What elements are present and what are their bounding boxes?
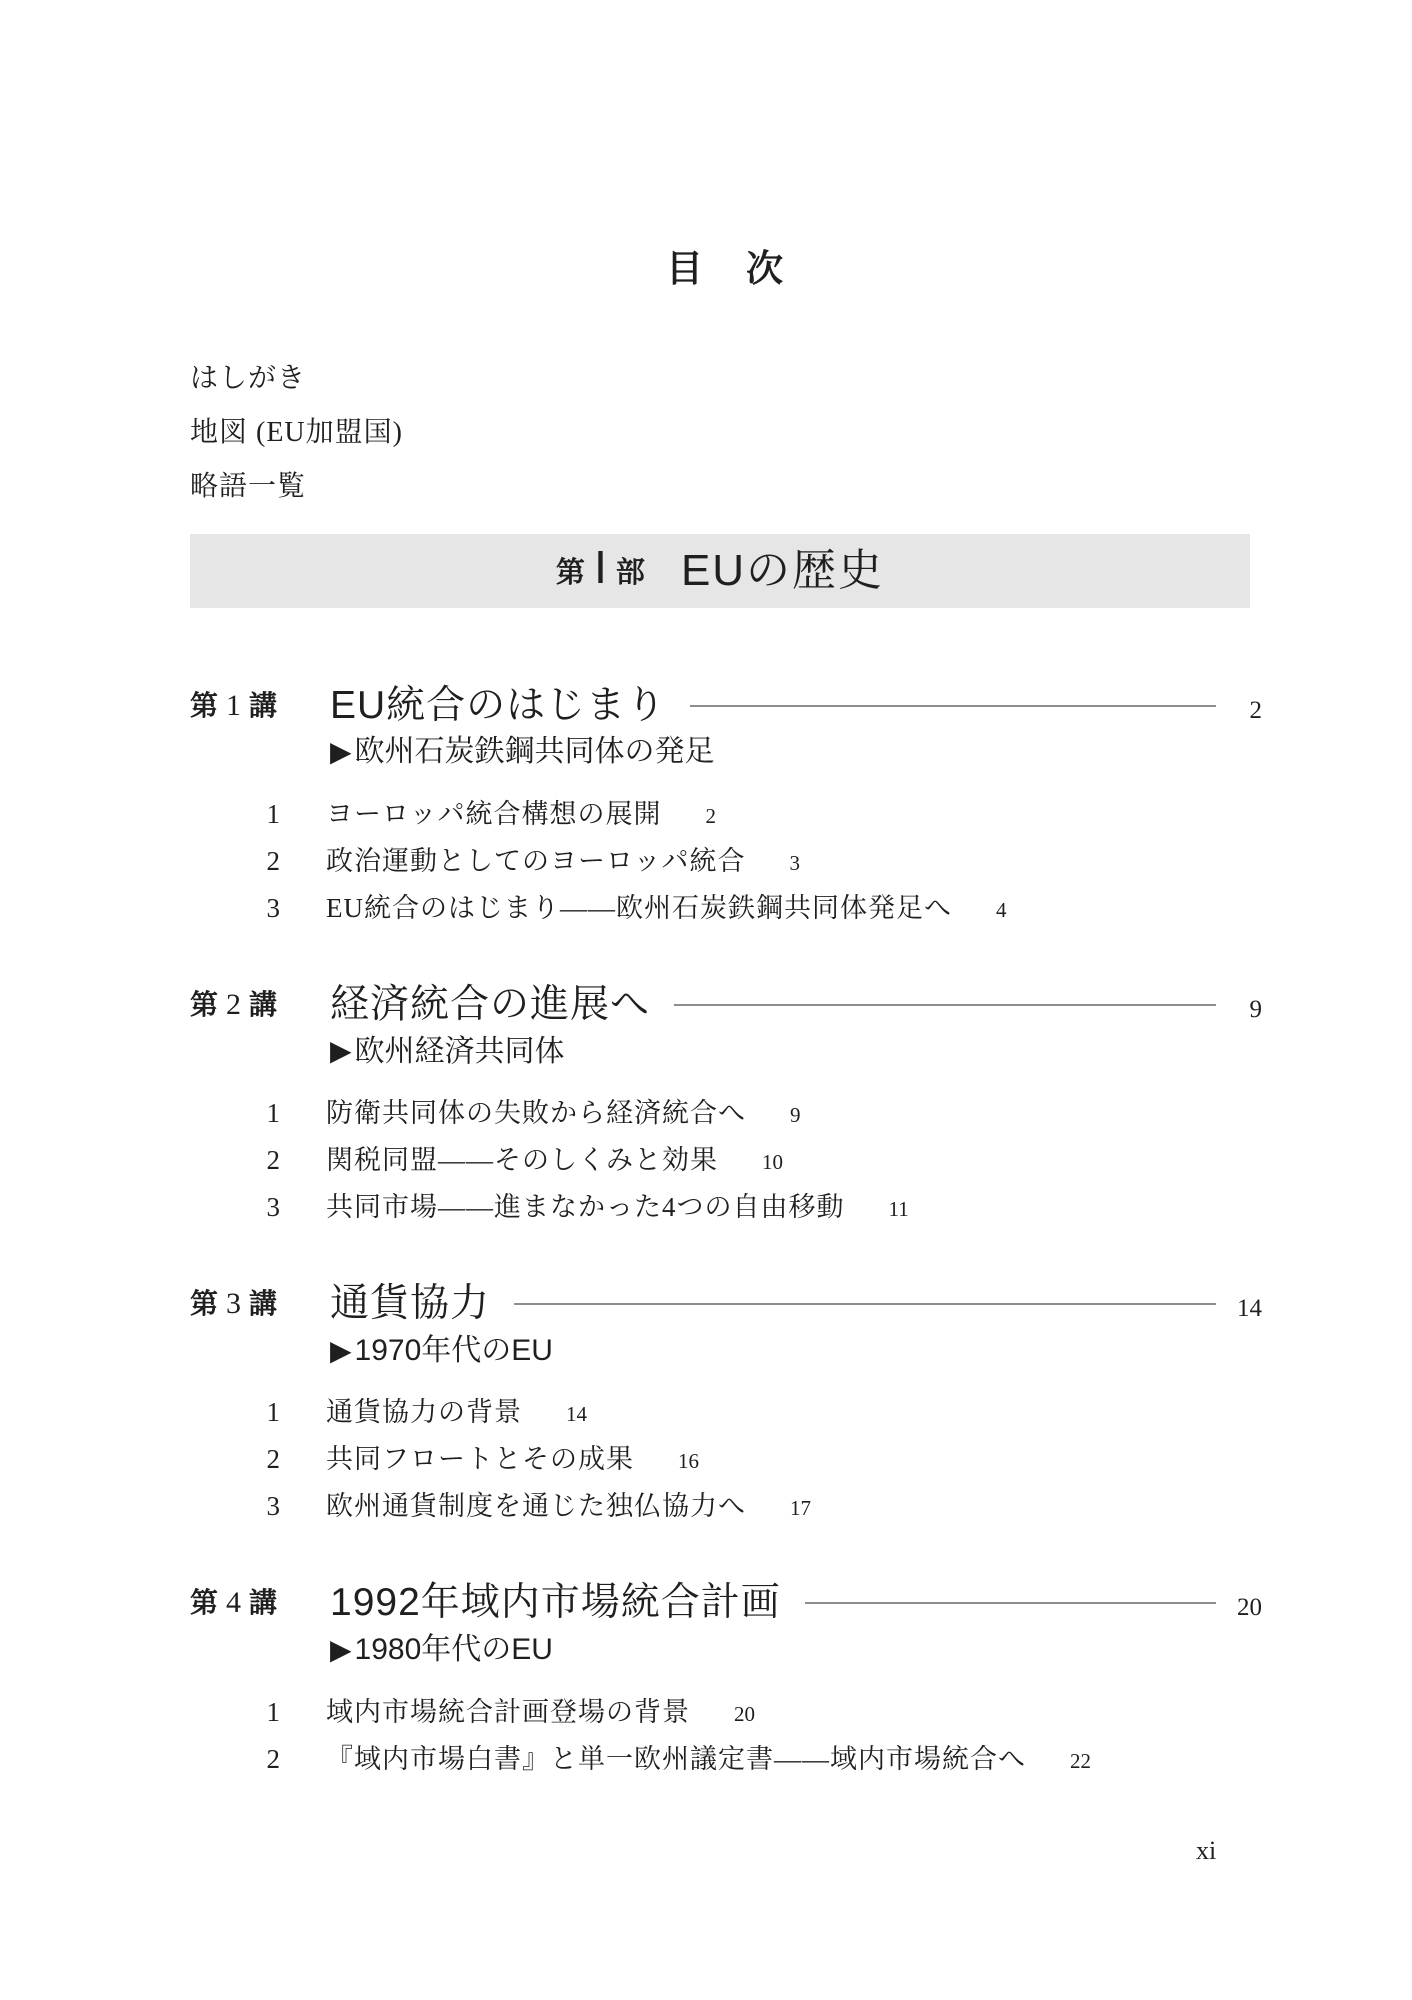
item-page-number: 2 — [705, 794, 716, 839]
lecture-number-label: 第 3 講 — [190, 1289, 330, 1319]
lecture-number-suffix: 講 — [249, 692, 277, 720]
item-title: 『域内市場白書』と単一欧州議定書——域内市場統合へ — [326, 1737, 1026, 1782]
part-number-prefix: 第 — [556, 550, 585, 591]
item-title: EU統合のはじまり——欧州石炭鉄鋼共同体発足へ — [326, 886, 952, 931]
page-title: 目 次 — [190, 250, 1262, 291]
lecture-number-digit: 4 — [226, 1588, 241, 1618]
item-title: 関税同盟——そのしくみと効果 — [326, 1138, 718, 1183]
item-title: 政治運動としてのヨーロッパ統合 — [326, 839, 745, 884]
lecture-title: 経済統合の進展へ — [330, 983, 650, 1027]
front-matter-item-preface: はしがき — [190, 365, 1262, 393]
item-page-number: 16 — [678, 1439, 699, 1484]
item-page-number: 17 — [790, 1486, 811, 1531]
toc-item: 3 EU統合のはじまり——欧州石炭鉄鋼共同体発足へ 4 — [190, 886, 1262, 933]
leader-line — [805, 1602, 1216, 1604]
lecture-item-list: 1 ヨーロッパ統合構想の展開 2 2 政治運動としてのヨーロッパ統合 3 3 E… — [190, 792, 1262, 933]
toc-page: 目 次 はしがき 地図 (EU加盟国) 略語一覧 第 Ⅰ 部 EUの歴史 第 1… — [0, 0, 1412, 2000]
lecture-subtitle-text: 欧州石炭鉄鋼共同体の発足 — [355, 735, 715, 769]
leader-line — [674, 1004, 1216, 1006]
item-number: 2 — [190, 839, 280, 884]
lecture-number-prefix: 第 — [190, 1589, 218, 1617]
lecture-block-1: 第 1 講 EU統合のはじまり 2 ▶ 欧州石炭鉄鋼共同体の発足 1 ヨーロッパ… — [190, 684, 1262, 933]
lecture-item-list: 1 防衛共同体の失敗から経済統合へ 9 2 関税同盟——そのしくみと効果 10 … — [190, 1091, 1262, 1232]
toc-item: 1 通貨協力の背景 14 — [190, 1390, 1262, 1437]
lecture-title: 通貨協力 — [330, 1282, 490, 1326]
item-title: ヨーロッパ統合構想の展開 — [326, 792, 661, 837]
item-title: 域内市場統合計画登場の背景 — [326, 1690, 690, 1735]
item-page-number: 9 — [790, 1093, 801, 1138]
item-page-number: 20 — [734, 1692, 755, 1737]
item-page-number: 11 — [889, 1187, 909, 1232]
lecture-page-number: 9 — [1232, 996, 1262, 1024]
item-number: 1 — [190, 1091, 280, 1136]
part-number-suffix: 部 — [616, 550, 645, 591]
item-number: 1 — [190, 792, 280, 837]
lecture-number-digit: 1 — [226, 691, 241, 721]
item-number: 2 — [190, 1437, 280, 1482]
lecture-subtitle: ▶ 1980年代のEU — [330, 1633, 1262, 1667]
item-title: 共同市場——進まなかった4つの自由移動 — [326, 1185, 845, 1230]
lecture-block-3: 第 3 講 通貨協力 14 ▶ 1970年代のEU 1 通貨協力の背景 14 2… — [190, 1282, 1262, 1531]
lecture-title: 1992年域内市場統合計画 — [330, 1581, 781, 1625]
item-number: 2 — [190, 1737, 280, 1782]
toc-item: 3 共同市場——進まなかった4つの自由移動 11 — [190, 1185, 1262, 1232]
toc-item: 2 政治運動としてのヨーロッパ統合 3 — [190, 839, 1262, 886]
item-number: 1 — [190, 1390, 280, 1435]
lecture-page-number: 20 — [1232, 1594, 1262, 1622]
lecture-number-label: 第 4 講 — [190, 1588, 330, 1618]
lecture-page-number: 14 — [1232, 1295, 1262, 1323]
item-number: 1 — [190, 1690, 280, 1735]
toc-item: 2 『域内市場白書』と単一欧州議定書——域内市場統合へ 22 — [190, 1737, 1262, 1784]
lecture-number-digit: 3 — [226, 1289, 241, 1319]
lecture-item-list: 1 域内市場統合計画登場の背景 20 2 『域内市場白書』と単一欧州議定書——域… — [190, 1690, 1262, 1784]
item-title: 共同フロートとその成果 — [326, 1437, 634, 1482]
item-page-number: 3 — [789, 841, 800, 886]
item-number: 3 — [190, 1185, 280, 1230]
lecture-title: EU統合のはじまり — [330, 684, 666, 728]
lecture-subtitle: ▶ 欧州経済共同体 — [330, 1035, 1262, 1069]
lecture-block-2: 第 2 講 経済統合の進展へ 9 ▶ 欧州経済共同体 1 防衛共同体の失敗から経… — [190, 983, 1262, 1232]
lecture-number-prefix: 第 — [190, 1290, 218, 1318]
part-title: EUの歴史 — [681, 549, 884, 593]
lecture-number-label: 第 2 講 — [190, 990, 330, 1020]
lecture-number-suffix: 講 — [249, 991, 277, 1019]
lecture-heading: 第 2 講 経済統合の進展へ 9 — [190, 983, 1262, 1027]
lecture-heading: 第 4 講 1992年域内市場統合計画 20 — [190, 1581, 1262, 1625]
item-title: 欧州通貨制度を通じた独仏協力へ — [326, 1484, 746, 1529]
toc-item: 1 防衛共同体の失敗から経済統合へ 9 — [190, 1091, 1262, 1138]
part-numeral: Ⅰ — [594, 547, 607, 591]
lecture-subtitle: ▶ 1970年代のEU — [330, 1334, 1262, 1368]
item-page-number: 10 — [762, 1140, 783, 1185]
right-triangle-icon: ▶ — [330, 1337, 352, 1365]
item-title: 通貨協力の背景 — [326, 1390, 522, 1435]
toc-item: 1 域内市場統合計画登場の背景 20 — [190, 1690, 1262, 1737]
lecture-number-prefix: 第 — [190, 692, 218, 720]
item-title: 防衛共同体の失敗から経済統合へ — [326, 1091, 746, 1136]
toc-item: 2 関税同盟——そのしくみと効果 10 — [190, 1138, 1262, 1185]
lecture-number-suffix: 講 — [249, 1589, 277, 1617]
lecture-heading: 第 1 講 EU統合のはじまり 2 — [190, 684, 1262, 728]
toc-item: 1 ヨーロッパ統合構想の展開 2 — [190, 792, 1262, 839]
leader-line — [690, 705, 1216, 707]
toc-item: 3 欧州通貨制度を通じた独仏協力へ 17 — [190, 1484, 1262, 1531]
lecture-subtitle-text: 1980年代のEU — [355, 1633, 553, 1667]
toc-item: 2 共同フロートとその成果 16 — [190, 1437, 1262, 1484]
lecture-block-4: 第 4 講 1992年域内市場統合計画 20 ▶ 1980年代のEU 1 域内市… — [190, 1581, 1262, 1783]
item-number: 2 — [190, 1138, 280, 1183]
front-matter-item-map: 地図 (EU加盟国) — [190, 419, 1262, 447]
front-matter-list: はしがき 地図 (EU加盟国) 略語一覧 — [190, 365, 1262, 501]
lecture-number-label: 第 1 講 — [190, 691, 330, 721]
lecture-item-list: 1 通貨協力の背景 14 2 共同フロートとその成果 16 3 欧州通貨制度を通… — [190, 1390, 1262, 1531]
page-number-folio: xi — [1196, 1838, 1216, 1864]
part-banner: 第 Ⅰ 部 EUの歴史 — [190, 534, 1250, 608]
front-matter-item-abbreviations: 略語一覧 — [190, 473, 1262, 501]
item-page-number: 4 — [996, 888, 1007, 933]
lecture-number-prefix: 第 — [190, 991, 218, 1019]
lecture-number-suffix: 講 — [249, 1290, 277, 1318]
lecture-subtitle-text: 1970年代のEU — [355, 1334, 553, 1368]
lecture-subtitle-text: 欧州経済共同体 — [355, 1035, 565, 1069]
lecture-number-digit: 2 — [226, 990, 241, 1020]
item-page-number: 14 — [566, 1392, 587, 1437]
part-number-label: 第 Ⅰ 部 — [556, 549, 645, 593]
leader-line — [514, 1303, 1216, 1305]
item-number: 3 — [190, 886, 280, 931]
lecture-heading: 第 3 講 通貨協力 14 — [190, 1282, 1262, 1326]
item-number: 3 — [190, 1484, 280, 1529]
lecture-subtitle: ▶ 欧州石炭鉄鋼共同体の発足 — [330, 735, 1262, 769]
right-triangle-icon: ▶ — [330, 1636, 352, 1664]
right-triangle-icon: ▶ — [330, 738, 352, 766]
right-triangle-icon: ▶ — [330, 1037, 352, 1065]
lecture-page-number: 2 — [1232, 697, 1262, 725]
item-page-number: 22 — [1070, 1739, 1091, 1784]
